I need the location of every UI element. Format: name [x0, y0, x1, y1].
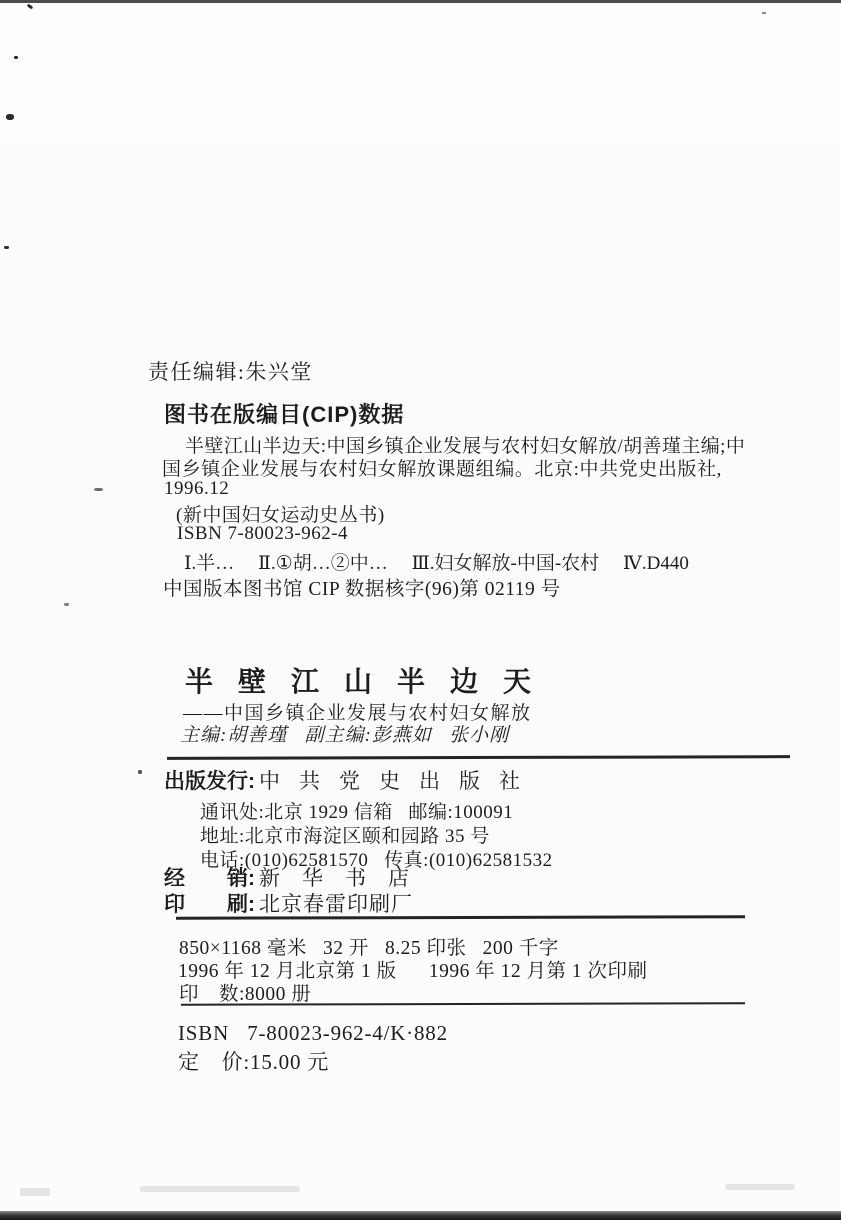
scan-speck: [138, 770, 142, 774]
publisher-name: 中共党史出版社: [259, 769, 539, 793]
cip-isbn-line: ISBN 7-80023-962-4: [177, 523, 348, 545]
scan-speck: [64, 603, 69, 606]
scan-speck: [14, 56, 18, 59]
printer-name: 北京春雷印刷厂: [259, 892, 413, 916]
divider-rule-bottom: [181, 1002, 745, 1005]
editors-line: 主编:胡善瑾 副主编:彭燕如 张小刚: [180, 720, 509, 747]
divider-rule-middle: [176, 915, 745, 919]
distributor-name: 新华书店: [259, 866, 431, 890]
cip-paragraph-line3: 1996.12: [164, 478, 229, 500]
scan-speck: [4, 246, 9, 249]
scan-edge-bottom: [0, 1211, 841, 1220]
scan-speck: [762, 12, 766, 14]
responsible-editor-line: 责任编辑:朱兴堂: [148, 356, 313, 386]
printer-line: 印 刷:北京春雷印刷厂: [164, 888, 413, 918]
divider-rule-top: [167, 755, 790, 760]
book-copyright-page: 责任编辑:朱兴堂 图书在版编目(CIP)数据 半壁江山半边天:中国乡镇企业发展与…: [0, 0, 841, 1220]
mailbox-line: 通讯处:北京 1929 信箱 邮编:100091: [200, 797, 513, 824]
price-line: 定 价:15.00 元: [178, 1046, 329, 1076]
cip-heading: 图书在版编目(CIP)数据: [164, 398, 404, 429]
cip-record-number-line: 中国版本图书馆 CIP 数据核字(96)第 02119 号: [163, 573, 561, 601]
scan-smudge: [20, 1188, 50, 1196]
publisher-line: 出版发行:中共党史出版社: [164, 765, 539, 795]
cip-classification-line: Ⅰ.半… Ⅱ.①胡…②中… Ⅲ.妇女解放-中国-农村 Ⅳ.D440: [184, 548, 689, 575]
isbn-price-code-line: ISBN 7-80023-962-4/K·882: [178, 1021, 448, 1046]
scan-speck: [94, 488, 103, 491]
printer-label: 印 刷:: [164, 893, 255, 916]
scan-speck: [27, 4, 34, 10]
cip-paragraph-line2: 国乡镇企业发展与农村妇女解放课题组编。北京:中共党史出版社,: [162, 454, 722, 481]
scan-edge-top: [0, 0, 841, 3]
scan-smudge: [140, 1186, 300, 1192]
distributor-label: 经 销:: [164, 867, 255, 890]
print-run-line: 印 数:8000 册: [179, 978, 311, 1006]
publisher-label: 出版发行:: [164, 770, 255, 793]
scan-smudge: [725, 1184, 795, 1190]
address-line: 地址:北京市海淀区颐和园路 35 号: [200, 821, 490, 848]
book-title: 半壁江山半边天: [185, 660, 556, 700]
scan-speck: [6, 114, 14, 120]
